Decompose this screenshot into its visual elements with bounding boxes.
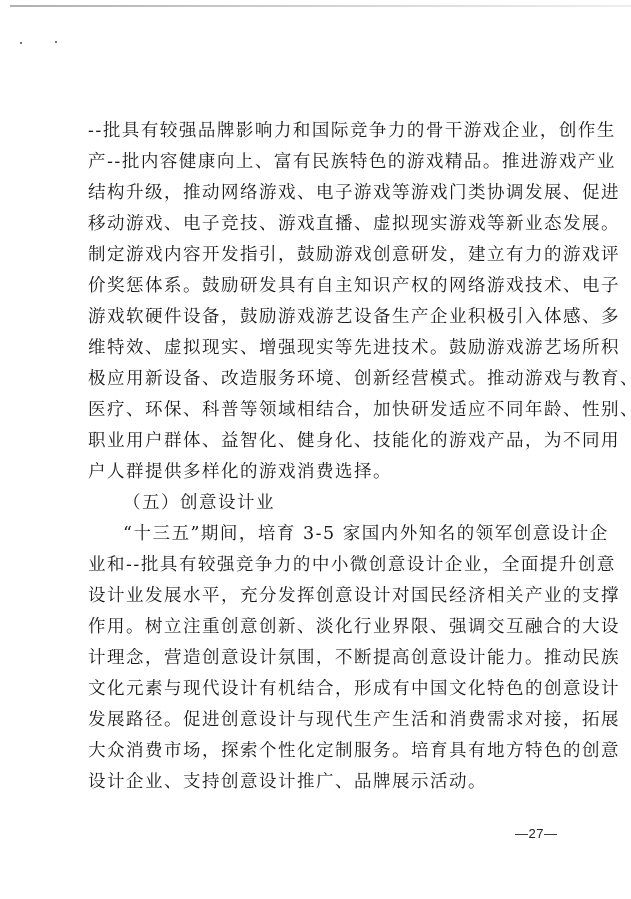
text-line: 设计企业、支持创意设计推广、品牌展示活动。 <box>88 767 556 798</box>
text-line: 价奖惩体系。鼓励研发具有自主知识产权的网络游戏技术、电子 <box>88 271 556 302</box>
paragraph-creative-design: “十三五”期间，培育 3-5 家国内外知名的领军创意设计企 业和--批具有较强竞… <box>88 519 556 798</box>
text-line: 结构升级，推动网络游戏、电子游戏等游戏门类协调发展、促进 <box>88 178 556 209</box>
text-line: 医疗、环保、科普等领域相结合，加快研发适应不同年龄、性别、 <box>88 395 556 426</box>
scan-speck <box>55 41 57 43</box>
text-line: 维特效、虚拟现实、增强现实等先进技术。鼓励游戏游艺场所积 <box>88 333 556 364</box>
document-body: --批具有较强品牌影响力和国际竞争力的骨干游戏企业，创作生 产--批内容健康向上… <box>88 116 556 798</box>
text-line: 业和--批具有较强竞争力的中小微创意设计企业，全面提升创意 <box>88 550 556 581</box>
page-number: —27— <box>515 826 557 841</box>
text-line: 游戏软硬件设备，鼓励游戏游艺设备生产企业积极引入体感、多 <box>88 302 556 333</box>
text-line: 产--批内容健康向上、富有民族特色的游戏精品。推进游戏产业 <box>88 147 556 178</box>
scan-top-edge <box>10 5 631 7</box>
text-line: 极应用新设备、改造服务环境、创新经营模式。推动游戏与教育、 <box>88 364 556 395</box>
text-line: 移动游戏、电子竞技、游戏直播、虚拟现实游戏等新业态发展。 <box>88 209 556 240</box>
scan-speck <box>20 42 22 44</box>
text-line: 制定游戏内容开发指引，鼓励游戏创意研发，建立有力的游戏评 <box>88 240 556 271</box>
text-line: 计理念，营造创意设计氛围，不断提高创意设计能力。推动民族 <box>88 643 556 674</box>
text-line: 户人群提供多样化的游戏消费选择。 <box>88 457 556 488</box>
text-line: 大众消费市场，探索个性化定制服务。培育具有地方特色的创意 <box>88 736 556 767</box>
text-line: 设计业发展水平，充分发挥创意设计对国民经济相关产业的支撑 <box>88 581 556 612</box>
text-line: 发展路径。促进创意设计与现代生产生活和消费需求对接，拓展 <box>88 705 556 736</box>
text-line: --批具有较强品牌影响力和国际竞争力的骨干游戏企业，创作生 <box>88 116 556 147</box>
text-line: 职业用户群体、益智化、健身化、技能化的游戏产品，为不同用 <box>88 426 556 457</box>
text-line: 作用。树立注重创意创新、淡化行业界限、强调交互融合的大设 <box>88 612 556 643</box>
text-line: “十三五”期间，培育 3-5 家国内外知名的领军创意设计企 <box>88 519 556 550</box>
section-heading: （五）创意设计业 <box>88 488 556 519</box>
paragraph-games-continuation: --批具有较强品牌影响力和国际竞争力的骨干游戏企业，创作生 产--批内容健康向上… <box>88 116 556 488</box>
text-line: 文化元素与现代设计有机结合，形成有中国文化特色的创意设计 <box>88 674 556 705</box>
